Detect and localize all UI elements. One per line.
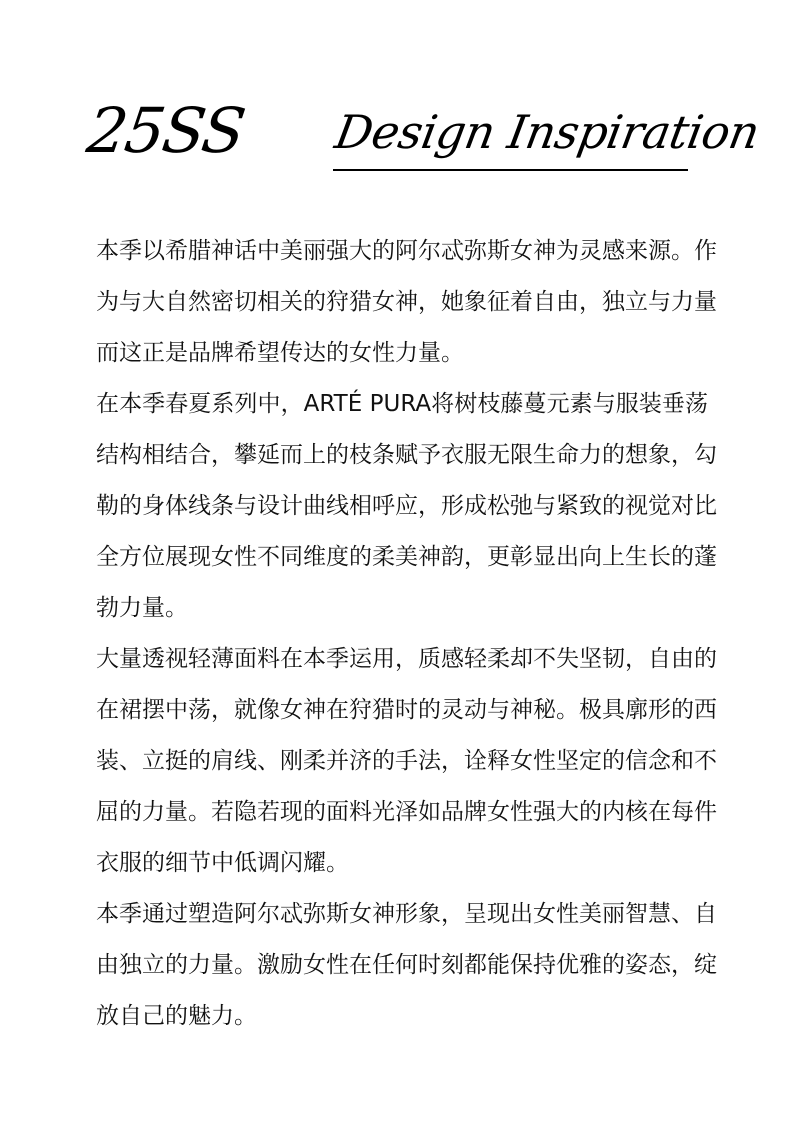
page-title: Design Inspiration [330,100,764,164]
text-line: 由独立的力量。激励女性在任何时刻都能保持优雅的姿态，绽 [96,940,708,991]
text-line: 为与大自然密切相关的狩猎女神，她象征着自由，独立与力量 [96,277,708,328]
text-line: 本季以希腊神话中美丽强大的阿尔忒弥斯女神为灵感来源。作 [96,226,708,277]
text-line: 衣服的细节中低调闪耀。 [96,838,708,889]
text-line: 在本季春夏系列中，ARTÉ PURA将树枝藤蔓元素与服装垂荡 [96,379,708,430]
body-text: 本季以希腊神话中美丽强大的阿尔忒弥斯女神为灵感来源。作 为与大自然密切相关的狩猎… [96,226,708,1042]
text-line: 放自己的魅力。 [96,991,708,1042]
text-line: 而这正是品牌希望传达的女性力量。 [96,328,708,379]
paragraph-collection: 在本季春夏系列中，ARTÉ PURA将树枝藤蔓元素与服装垂荡 结构相结合，攀延而… [96,379,708,634]
paragraph-fabric: 大量透视轻薄面料在本季运用，质感轻柔却不失坚韧，自由的 在裙摆中荡，就像女神在狩… [96,634,708,889]
text-line: 装、立挺的肩线、刚柔并济的手法，诠释女性坚定的信念和不 [96,736,708,787]
text-line: 在裙摆中荡，就像女神在狩猎时的灵动与神秘。极具廓形的西 [96,685,708,736]
title-underline [333,169,688,171]
text-line: 屈的力量。若隐若现的面料光泽如品牌女性强大的内核在每件 [96,787,708,838]
paragraph-inspiration: 本季以希腊神话中美丽强大的阿尔忒弥斯女神为灵感来源。作 为与大自然密切相关的狩猎… [96,226,708,379]
season-label: 25SS [83,96,248,166]
text-line: 大量透视轻薄面料在本季运用，质感轻柔却不失坚韧，自由的 [96,634,708,685]
text-line: 全方位展现女性不同维度的柔美神韵，更彰显出向上生长的蓬 [96,532,708,583]
text-line: 勒的身体线条与设计曲线相呼应，形成松弛与紧致的视觉对比 [96,481,708,532]
paragraph-conclusion: 本季通过塑造阿尔忒弥斯女神形象，呈现出女性美丽智慧、自 由独立的力量。激励女性在… [96,889,708,1042]
text-line: 结构相结合，攀延而上的枝条赋予衣服无限生命力的想象，勾 [96,430,708,481]
text-line: 勃力量。 [96,583,708,634]
page-header: 25SS Design Inspiration [0,0,790,200]
text-line: 本季通过塑造阿尔忒弥斯女神形象，呈现出女性美丽智慧、自 [96,889,708,940]
